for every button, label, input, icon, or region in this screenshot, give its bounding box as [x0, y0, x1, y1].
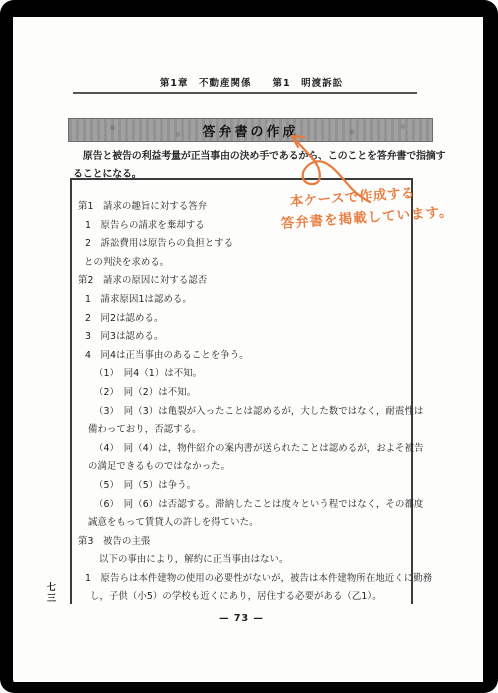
intro-line-1: 原告と被告の利益考量が正当事由の決め手であるから、このことを答弁書で指摘す [73, 148, 443, 166]
document-line: の満足できるものではなかった。 [72, 458, 411, 477]
section-banner-title: 答弁書の作成 [202, 121, 298, 140]
document-line: （5） 同（5）は争う。 [72, 477, 411, 496]
header-rule [73, 92, 417, 94]
document-line: 2 同2は認める。 [72, 310, 411, 329]
document-line: （4） 同（4）は，物件紹介の案内書が送られたことは認めるが，およそ被告 [72, 440, 411, 459]
document-line: 備わっており，否認する。 [72, 421, 411, 440]
document-line: （6） 同（6）は否認する。滞納したことは度々という程ではなく，その都度 [72, 496, 411, 515]
page-number: — 73 — [70, 613, 413, 624]
side-page-number: 七三 [44, 582, 57, 604]
document-line: 4 同4は正当事由のあることを争う。 [72, 347, 411, 366]
document-line: （1） 同4（1）は不知。 [72, 365, 411, 384]
document-line: との判決を求める。 [72, 254, 411, 273]
document-line: 以下の事由により，解約に正当事由はない。 [72, 551, 411, 570]
document-line: し，子供（小5）の学校も近くにあり，居住する必要がある（乙1）。 [72, 588, 411, 607]
section-banner: 答弁書の作成 [68, 118, 433, 142]
document-line: 3 同3は認める。 [72, 328, 411, 347]
chapter-header: 第1章 不動産関係 第1 明渡訴訟 [70, 75, 433, 89]
scanned-book-page: 第1章 不動産関係 第1 明渡訴訟 答弁書の作成 原告と被告の利益考量が正当事由… [0, 0, 498, 693]
document-line: 第2 請求の原因に対する認否 [72, 272, 411, 291]
document-line: （3） 同（3）は亀裂が入ったことは認めるが，大した数ではなく，耐震性は [72, 403, 411, 422]
document-line: （2） 同（2）は不知。 [72, 384, 411, 403]
document-line: 誠意をもって賃貸人の許しを得ていた。 [72, 514, 411, 533]
document-line: 1 原告らは本件建物の使用の必要性がないが，被告は本件建物所在地近くに勤務 [72, 570, 411, 589]
document-line: 第3 被告の主張 [72, 533, 411, 552]
document-line: 1 請求原因1は認める。 [72, 291, 411, 310]
document-line: 2 訴訟費用は原告らの負担とする [72, 235, 411, 254]
answer-document-box: 第1 請求の趣旨に対する答弁 1 原告らの請求を棄却する 2 訴訟費用は原告らの… [70, 178, 413, 604]
